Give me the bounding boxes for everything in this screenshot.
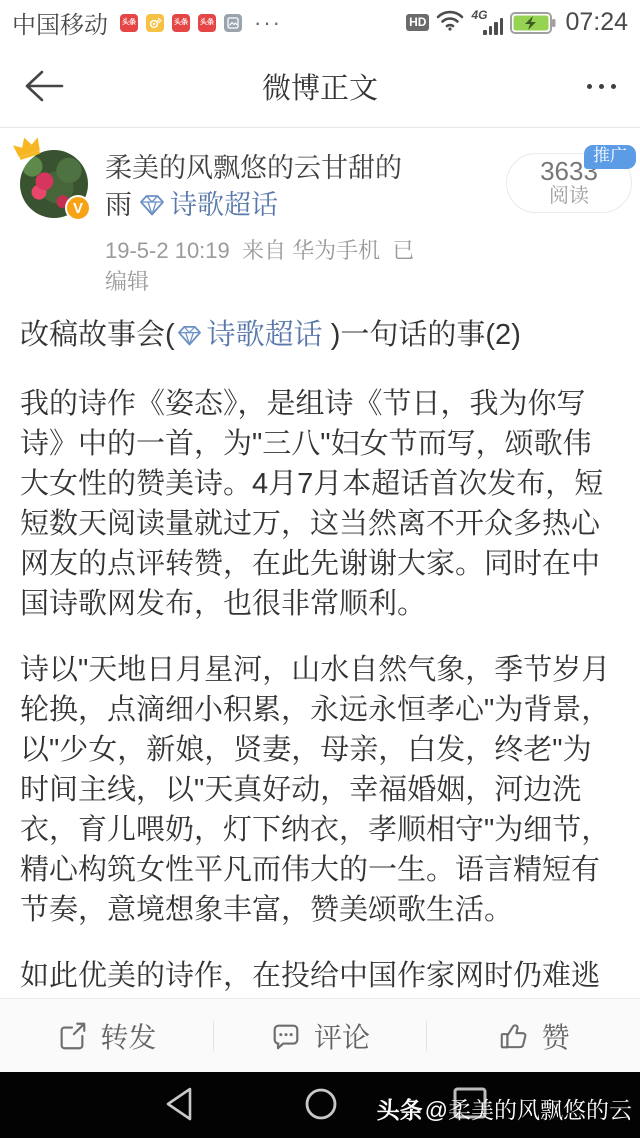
read-count-label: 阅读 xyxy=(549,184,589,208)
gallery-notification-icon xyxy=(224,14,242,32)
signal-strength-icon: 4G xyxy=(471,10,503,36)
post-title: 改稿故事会(诗歌超话 )一句话的事(2) xyxy=(20,315,620,358)
toutiao-watermark: 头条@柔美的风飘悠的云 xyxy=(377,1092,632,1125)
repost-button[interactable]: 转发 xyxy=(0,999,213,1072)
promoted-tag: 推广 xyxy=(584,145,636,169)
user-info: 柔美的风飘悠的云甘甜的雨诗歌超话 19-5-2 10:19 来自 华为手机 已编… xyxy=(105,150,423,296)
status-bar: 中国移动 头条 头条 头条 ··· HD 4G 07:24 xyxy=(0,0,640,45)
like-label: 赞 xyxy=(542,1016,570,1056)
post-meta: 19-5-2 10:19 来自 华为手机 已编辑 xyxy=(105,234,423,296)
android-home-icon xyxy=(303,1086,339,1122)
phone-screen: 中国移动 头条 头条 头条 ··· HD 4G 07:24 xyxy=(0,0,640,1138)
toutiao-notification-icon: 头条 xyxy=(172,14,190,32)
weibo-notification-icon xyxy=(146,14,164,32)
supertopic-gem-icon xyxy=(177,318,202,358)
post-paragraph: 我的诗作《姿态》，是组诗《节日，我为你写诗》中的一首，为"三八"妇女节而写，颂歌… xyxy=(20,384,620,624)
battery-icon xyxy=(510,12,556,34)
wifi-icon xyxy=(436,9,464,36)
clock-label: 07:24 xyxy=(565,8,628,37)
toutiao-notification-icon: 头条 xyxy=(120,14,138,32)
repost-label: 转发 xyxy=(100,1016,156,1056)
more-notifications-icon: ··· xyxy=(254,10,282,36)
status-bar-right: HD 4G 07:24 xyxy=(406,8,628,37)
read-count-badge[interactable]: 3633 阅读 推广 xyxy=(506,153,632,213)
like-icon xyxy=(498,1020,530,1052)
comment-button[interactable]: 评论 xyxy=(214,999,427,1072)
android-back-button[interactable] xyxy=(163,1086,195,1127)
post-paragraph: 诗以"天地日月星河，山水自然气象，季节岁月轮换，点滴细小积累，永远永恒孝心"为背… xyxy=(20,650,620,930)
android-home-button[interactable] xyxy=(303,1086,339,1127)
post-title-suffix: )一句话的事(2) xyxy=(323,319,521,351)
verified-badge: V xyxy=(65,195,91,221)
android-back-icon xyxy=(163,1086,195,1122)
post-title-prefix: 改稿故事会( xyxy=(20,319,175,351)
watermark-handle: @柔美的风飘悠的云 xyxy=(425,1097,632,1123)
hd-icon: HD xyxy=(406,14,429,30)
post-paragraph: 如此优美的诗作，在投给中国作家网时仍难逃退稿之厄运。有了前次《黄河》的经验，我很… xyxy=(20,956,620,998)
nav-bar: 微博正文 xyxy=(0,45,640,128)
status-bar-left: 中国移动 头条 头条 头条 ··· xyxy=(12,5,282,40)
post-body: 我的诗作《姿态》，是组诗《节日，我为你写诗》中的一首，为"三八"妇女节而写，颂歌… xyxy=(20,384,620,998)
user-avatar[interactable]: V xyxy=(20,150,88,218)
like-button[interactable]: 赞 xyxy=(427,999,640,1072)
supertopic-gem-icon xyxy=(139,190,165,227)
toutiao-notification-icon: 头条 xyxy=(198,14,216,32)
post-detail: V 柔美的风飘悠的云甘甜的雨诗歌超话 19-5-2 10:19 来自 华为手机 … xyxy=(0,129,640,998)
android-navigation-bar: 头条@柔美的风飘悠的云 xyxy=(0,1072,640,1138)
repost-icon xyxy=(56,1020,88,1052)
watermark-brand: 头条 xyxy=(377,1097,423,1123)
back-button[interactable] xyxy=(22,67,66,105)
supertopic-link[interactable]: 诗歌超话 xyxy=(207,319,323,351)
more-options-button[interactable] xyxy=(587,84,616,89)
page-title: 微博正文 xyxy=(0,66,640,107)
back-arrow-icon xyxy=(22,68,64,104)
supertopic-link[interactable]: 诗歌超话 xyxy=(170,190,278,220)
comment-icon xyxy=(270,1020,302,1052)
action-bar: 转发 评论 赞 xyxy=(0,998,640,1072)
carrier-label: 中国移动 xyxy=(12,5,108,40)
comment-label: 评论 xyxy=(314,1016,370,1056)
